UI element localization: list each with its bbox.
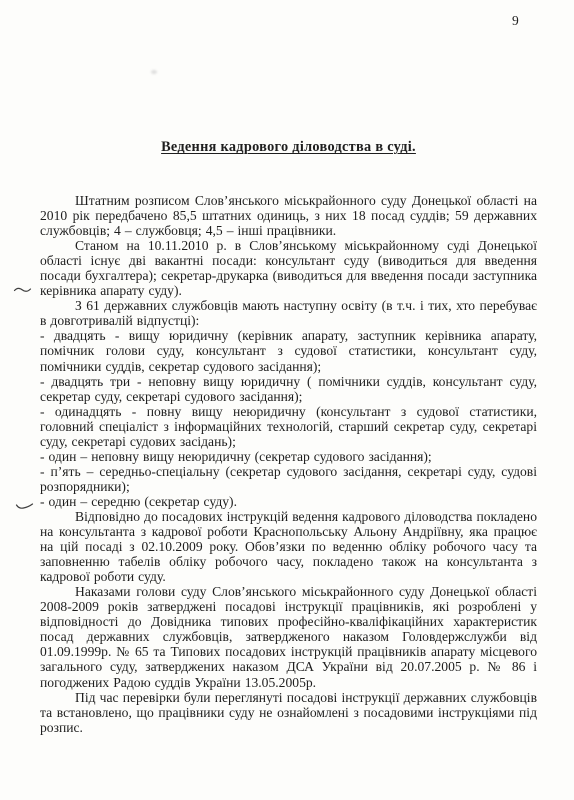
list-item: - двадцять - вищу юридичну (керівник апа… xyxy=(40,328,537,373)
handwritten-tick-icon xyxy=(15,500,34,511)
paragraph: З 61 державних службовців мають наступну… xyxy=(40,298,537,328)
paragraph: Відповідно до посадових інструкцій веден… xyxy=(40,509,537,584)
list-item: - один – неповну вищу неюридичну (секрет… xyxy=(40,449,537,464)
page-number: 9 xyxy=(512,13,519,28)
list-item: - одинадцять - повну вищу неюридичну (ко… xyxy=(40,404,537,449)
paragraph: Штатним розписом Слов’янського міськрайо… xyxy=(40,193,537,238)
paragraph: Наказами голови суду Слов’янського міськ… xyxy=(40,584,537,689)
list-item: - п’ять – середньо-спеціальну (секретар … xyxy=(40,464,537,494)
list-item: - один – середню (секретар суду). xyxy=(40,494,537,509)
paragraph: Під час перевірки були переглянуті посад… xyxy=(40,690,537,735)
handwritten-tick-icon xyxy=(13,284,32,295)
scan-smudge xyxy=(151,70,157,74)
scanned-document-page: 9 Ведення кадрового діловодства в суді. … xyxy=(0,0,574,800)
section-title: Ведення кадрового діловодства в суді. xyxy=(40,140,537,155)
paragraph: Станом на 10.11.2010 р. в Слов’янському … xyxy=(40,238,537,298)
document-body: Ведення кадрового діловодства в суді. Шт… xyxy=(40,140,537,735)
list-item: - двадцять три - неповну вищу юридичну (… xyxy=(40,374,537,404)
